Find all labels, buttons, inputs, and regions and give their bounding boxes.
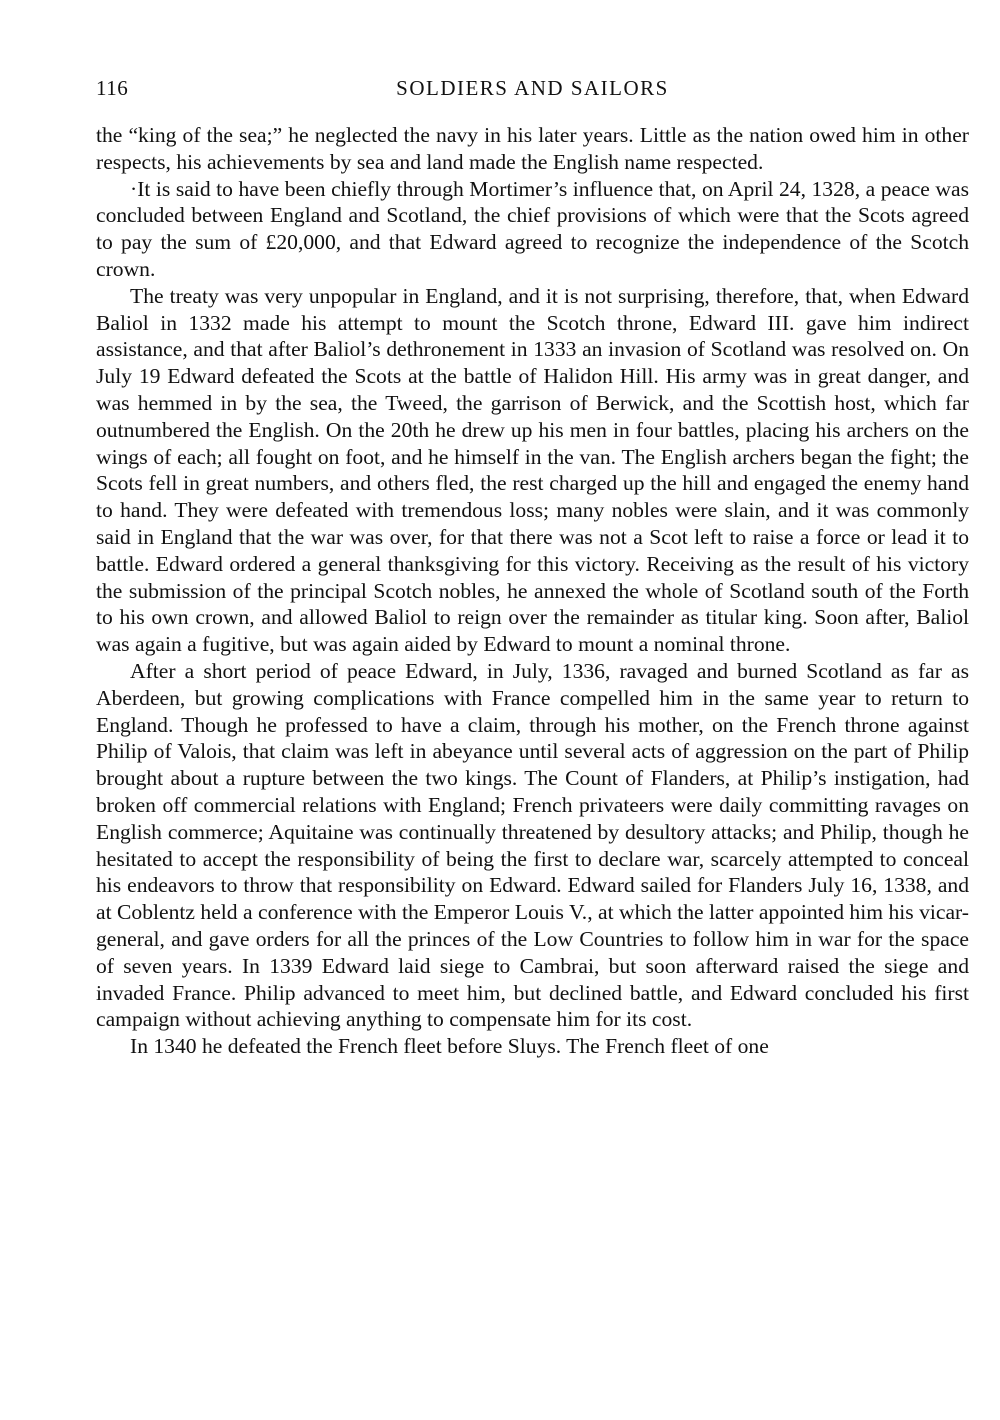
book-page: 116 SOLDIERS AND SAILORS the “king of th… (96, 70, 969, 1060)
running-head: 116 SOLDIERS AND SAILORS (96, 70, 969, 104)
paragraph-treaty-1328: ·It is said to have been chiefly through… (96, 176, 969, 283)
paragraph-continuation: the “king of the sea;” he neglected the … (96, 122, 969, 176)
body-text: the “king of the sea;” he neglected the … (96, 122, 969, 1060)
paragraph-france-campaign: After a short period of peace Edward, in… (96, 658, 969, 1033)
paragraph-sluys: In 1340 he defeated the French fleet bef… (96, 1033, 969, 1060)
paragraph-halidon-hill: The treaty was very unpopular in England… (96, 283, 969, 658)
running-title: SOLDIERS AND SAILORS (96, 76, 969, 101)
